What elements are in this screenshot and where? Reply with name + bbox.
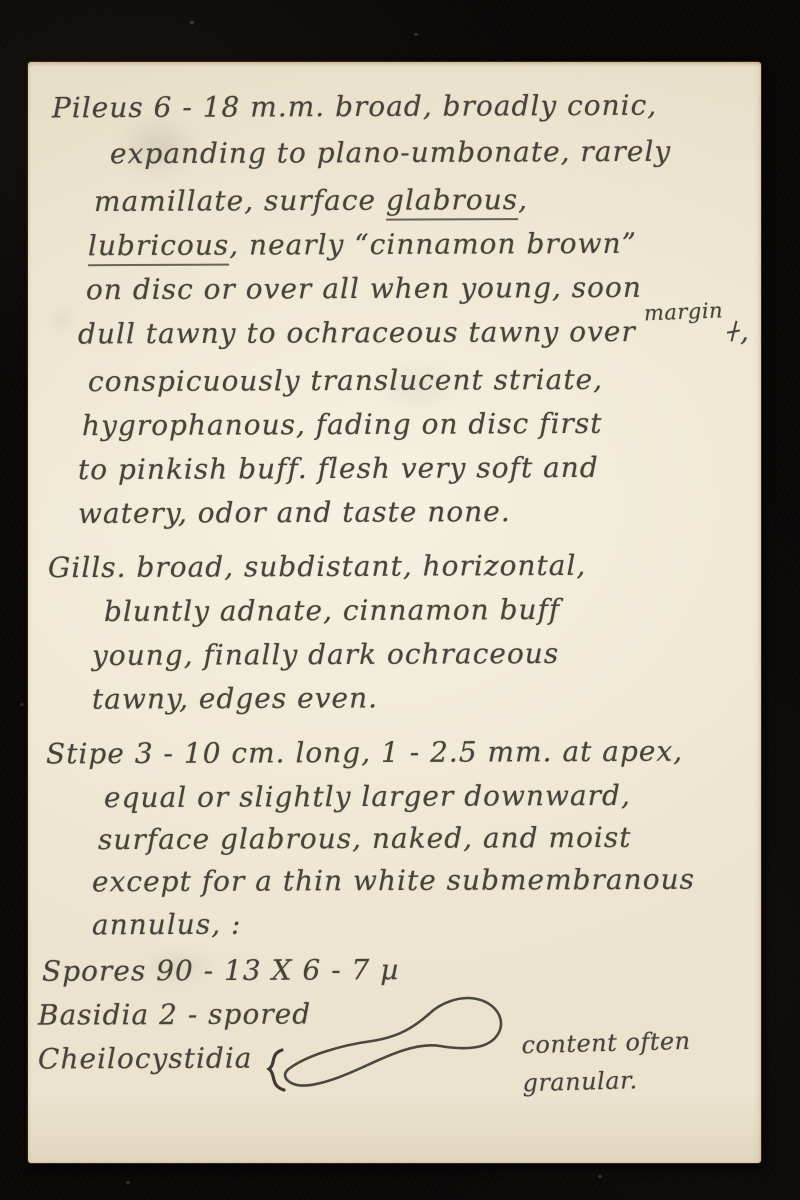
line-text: , bbox=[740, 315, 750, 348]
handwritten-line: young, finally dark ochraceous bbox=[92, 637, 559, 672]
index-card: Pileus 6 - 18 m.m. broad, broadly conic,… bbox=[28, 62, 761, 1163]
underlined-word-lubricous: lubricous bbox=[88, 229, 229, 267]
handwritten-line: equal or slightly larger downward, bbox=[104, 779, 631, 814]
handwritten-line: expanding to plano-umbonate, rarely bbox=[110, 135, 671, 170]
handwritten-line-stipe-heading: Stipe 3 - 10 cm. long, 1 - 2.5 mm. at ap… bbox=[46, 735, 683, 771]
sketch-annotation-line: content often bbox=[521, 1022, 691, 1064]
handwritten-line-cheilocystidia-heading: Cheilocystidia bbox=[38, 1042, 253, 1076]
line-text: mamillate, surface bbox=[94, 184, 386, 218]
handwritten-line: tawny, edges even. bbox=[92, 681, 378, 715]
inserted-word-margin: margin bbox=[643, 298, 723, 325]
handwritten-line: annulus, : bbox=[92, 908, 242, 942]
line-text: , nearly “cinnamon brown” bbox=[229, 227, 637, 262]
sketch-annotation-line: granular. bbox=[522, 1060, 692, 1102]
sketch-annotation: content often granular. bbox=[521, 1022, 692, 1102]
handwritten-line: lubricous, nearly “cinnamon brown” bbox=[88, 227, 637, 262]
card-blemish bbox=[50, 307, 76, 333]
cystidium-sketch bbox=[266, 984, 518, 1096]
handwritten-line: watery, odor and taste none. bbox=[78, 495, 511, 530]
handwritten-line: on disc or over all when young, soon bbox=[86, 271, 642, 306]
handwritten-line: bluntly adnate, cinnamon buff bbox=[104, 593, 560, 628]
handwritten-line: hygrophanous, fading on disc first bbox=[82, 407, 603, 442]
line-text: dull tawny to ochraceous tawny over bbox=[78, 315, 636, 350]
handwritten-line-spores-heading: Spores 90 - 13 X 6 - 7 µ bbox=[42, 953, 400, 988]
scratch-mark-icon bbox=[728, 320, 739, 344]
underlined-word-glabrous: glabrous bbox=[386, 183, 518, 221]
handwritten-line: dull tawny to ochraceous tawny overmargi… bbox=[78, 315, 750, 351]
handwritten-line: to pinkish buff. flesh very soft and bbox=[78, 451, 599, 486]
handwritten-line: except for a thin white submembranous bbox=[92, 863, 695, 899]
handwritten-line: conspicuously translucent striate, bbox=[88, 363, 603, 398]
brace-icon bbox=[269, 1050, 284, 1090]
handwritten-line: surface glabrous, naked, and moist bbox=[98, 821, 632, 856]
handwritten-line: mamillate, surface glabrous, bbox=[94, 183, 528, 218]
handwritten-line-pileus-heading: Pileus 6 - 18 m.m. broad, broadly conic, bbox=[52, 89, 657, 125]
photo-of-index-card: { "scene": { "background_color": "#0a080… bbox=[0, 0, 800, 1200]
line-text: , bbox=[518, 183, 528, 216]
handwritten-line-gills-heading: Gills. broad, subdistant, horizontal, bbox=[48, 549, 586, 584]
cystidium-outline bbox=[285, 998, 501, 1086]
